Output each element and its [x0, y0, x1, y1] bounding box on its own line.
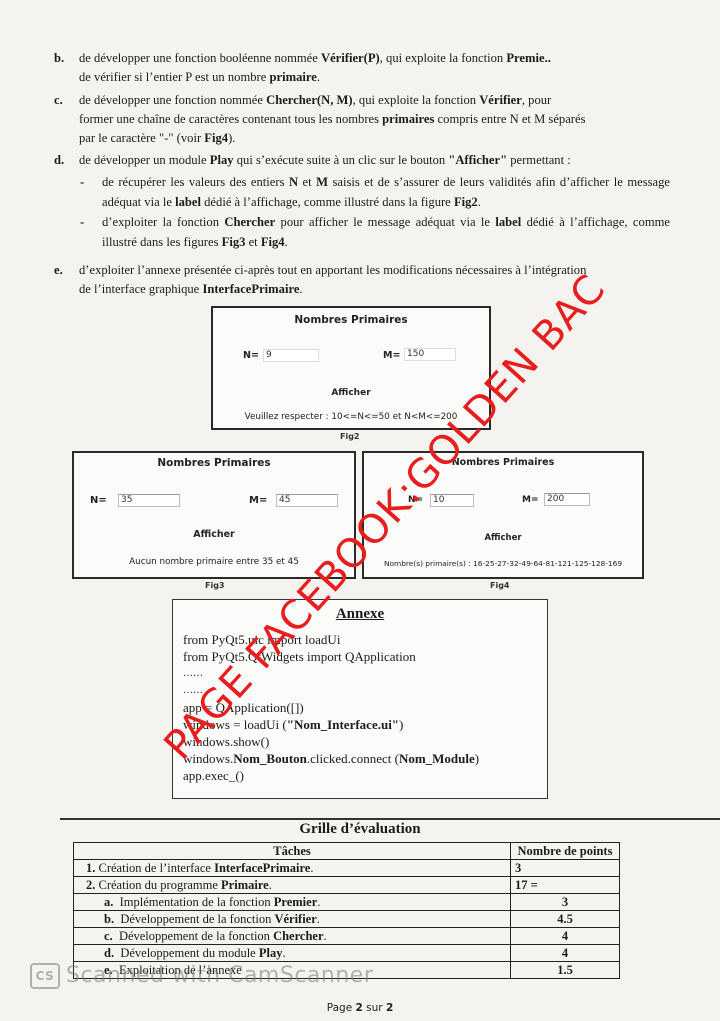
- question-b: b. de développer une fonction booléenne …: [54, 49, 674, 87]
- question-d: d. de développer un module Play qui s’ex…: [54, 151, 674, 170]
- table-row: c. Développement de la fonction Chercher…: [74, 928, 620, 945]
- n-input[interactable]: 9: [263, 349, 319, 362]
- table-row: d. Développement du module Play.4: [74, 945, 620, 962]
- m-input[interactable]: 150: [404, 348, 456, 361]
- window-title: Nombres Primaires: [364, 457, 642, 468]
- task-cell: c. Développement de la fonction Chercher…: [74, 928, 511, 945]
- task-cell: b. Développement de la fonction Vérifier…: [74, 911, 511, 928]
- points-cell: 1.5: [511, 962, 620, 979]
- table-row: a. Implémentation de la fonction Premier…: [74, 894, 620, 911]
- points-cell: 4: [511, 928, 620, 945]
- code-line: ……: [183, 665, 479, 682]
- afficher-button[interactable]: Afficher: [364, 533, 642, 543]
- n-input[interactable]: 10: [430, 494, 474, 507]
- code-line: app = QApplication([]): [183, 699, 479, 716]
- points-cell: 4: [511, 945, 620, 962]
- camscanner-watermark: CSScanned with CamScanner: [30, 963, 373, 989]
- code-line: windows = loadUi ("Nom_Interface.ui"): [183, 716, 479, 733]
- question-letter: b.: [54, 49, 64, 68]
- points-cell: 17 =: [511, 877, 620, 894]
- n-label: N=: [408, 495, 423, 505]
- code-line: from PyQt5.uic import loadUi: [183, 631, 479, 648]
- result-label: Aucun nombre primaire entre 35 et 45: [74, 557, 354, 567]
- section-divider: [60, 818, 720, 820]
- table-row: b. Développement de la fonction Vérifier…: [74, 911, 620, 928]
- table-row: 2. Création du programme Primaire.17 =: [74, 877, 620, 894]
- task-cell: a. Implémentation de la fonction Premier…: [74, 894, 511, 911]
- code-line: ……: [183, 682, 479, 699]
- header-points: Nombre de points: [511, 843, 620, 860]
- window-title: Nombres Primaires: [213, 314, 489, 326]
- camscanner-logo-icon: CS: [30, 963, 60, 989]
- window-title: Nombres Primaires: [74, 457, 354, 469]
- m-label: M=: [249, 495, 267, 506]
- m-input[interactable]: 200: [544, 493, 590, 506]
- bullet-item: - d’exploiter la fonction Chercher pour …: [80, 213, 670, 252]
- annexe-box: Annexe from PyQt5.uic import loadUi from…: [172, 599, 548, 799]
- fig3-window: Nombres Primaires N= 35 M= 45 Afficher A…: [72, 451, 356, 579]
- afficher-button[interactable]: Afficher: [213, 388, 489, 398]
- result-label: Veuillez respecter : 10<=N<=50 et N<M<=2…: [213, 412, 489, 422]
- code-line: windows.show(): [183, 733, 479, 750]
- points-cell: 3: [511, 860, 620, 877]
- task-cell: d. Développement du module Play.: [74, 945, 511, 962]
- code-line: windows.Nom_Bouton.clicked.connect (Nom_…: [183, 750, 479, 767]
- bullet-item: - de récupérer les valeurs des entiers N…: [80, 173, 670, 212]
- annexe-code: from PyQt5.uic import loadUi from PyQt5.…: [183, 631, 479, 784]
- page-footer: Page 2 sur 2: [0, 1002, 720, 1014]
- result-label: Nombre(s) primaire(s) : 16-25-27-32-49-6…: [364, 559, 642, 568]
- m-label: M=: [522, 495, 539, 505]
- m-label: M=: [383, 350, 400, 361]
- task-cell: 1. Création de l’interface InterfacePrim…: [74, 860, 511, 877]
- question-e: e. d’exploiter l’annexe présentée ci-apr…: [54, 261, 674, 299]
- points-cell: 4.5: [511, 911, 620, 928]
- header-taches: Tâches: [74, 843, 511, 860]
- n-input[interactable]: 35: [118, 494, 180, 507]
- code-line: app.exec_(): [183, 767, 479, 784]
- n-label: N=: [90, 495, 107, 506]
- grid-title: Grille d’évaluation: [0, 821, 720, 838]
- m-input[interactable]: 45: [276, 494, 338, 507]
- fig2-window: Nombres Primaires N= 9 M= 150 Afficher V…: [211, 306, 491, 430]
- table-row: 1. Création de l’interface InterfacePrim…: [74, 860, 620, 877]
- code-line: from PyQt5.QtWidgets import QApplication: [183, 648, 479, 665]
- question-letter: d.: [54, 151, 64, 170]
- n-label: N=: [243, 350, 259, 361]
- figure-caption: Fig3: [205, 581, 225, 590]
- fig4-window: Nombres Primaires N= 10 M= 200 Afficher …: [362, 451, 644, 579]
- annexe-title: Annexe: [173, 606, 547, 623]
- question-c: c. de développer une fonction nommée Che…: [54, 91, 674, 148]
- afficher-button[interactable]: Afficher: [74, 529, 354, 540]
- figure-caption: Fig4: [490, 581, 510, 590]
- evaluation-grid: Tâches Nombre de points 1. Création de l…: [73, 842, 620, 979]
- figure-caption: Fig2: [340, 432, 360, 441]
- exam-page: b. de développer une fonction booléenne …: [0, 0, 720, 1021]
- task-cell: 2. Création du programme Primaire.: [74, 877, 511, 894]
- question-letter: e.: [54, 261, 63, 280]
- points-cell: 3: [511, 894, 620, 911]
- question-letter: c.: [54, 91, 63, 110]
